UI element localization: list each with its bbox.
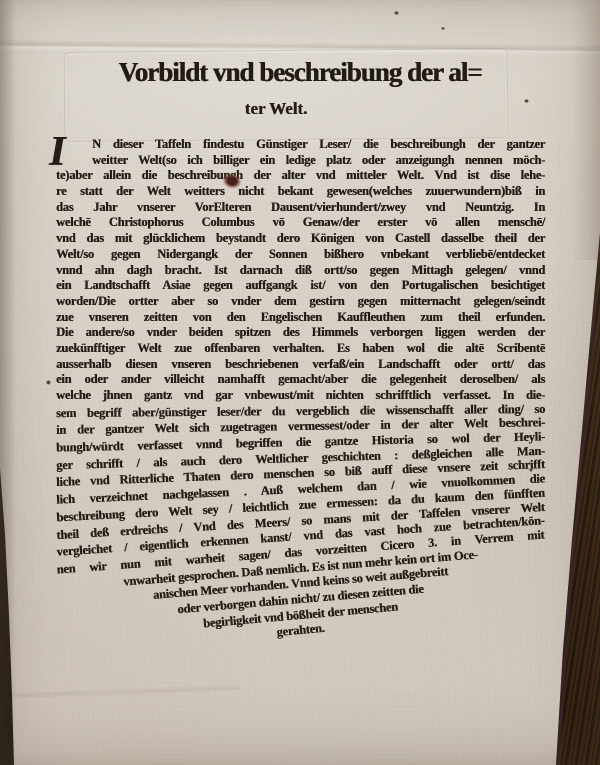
body-text: I N dieser Taffeln findestu Günstiger Le… [56, 137, 545, 639]
text-line: ein oder ander villeicht namhafft gemach… [56, 372, 545, 388]
book-page-photo: Vorbildt vnd beschreibung der al= ter We… [0, 0, 600, 765]
text-line: welchē Christophorus Columbus vō Genaw/d… [56, 215, 545, 231]
paper-speck [441, 27, 445, 30]
text-line: Die andere/so vnder beiden spitzen des H… [56, 325, 545, 341]
text-line: weitter Welt(so ich billiger ein ledige … [56, 153, 545, 169]
drop-cap-initial: I [49, 131, 65, 173]
text-line: N dieser Taffeln findestu Günstiger Lese… [56, 137, 545, 153]
text-line: te)aber allein die beschreibungh der alt… [56, 168, 545, 184]
paper-speck [394, 11, 399, 15]
page-title: Vorbildt vnd beschreibung der al= [0, 57, 600, 88]
text-line: ein Landtschafft Asiae gegen auffgangk i… [56, 278, 545, 294]
paper-speck [529, 468, 533, 472]
page-subtitle: ter Welt. [0, 99, 576, 119]
text-line: Welt/so gegen Nidergangk der Sonnen bißh… [56, 247, 545, 263]
text-line: zue vnseren zeitten von den Engelischen … [56, 310, 545, 326]
text-line: ausserhalb diesen vnseren beschriebenen … [56, 357, 545, 373]
text-line: re statt der Welt weitters nicht bekant … [56, 184, 545, 200]
text-line: worden/Die ortter aber so vnder dem gest… [56, 294, 545, 310]
page-edge-shadow [572, 0, 600, 260]
text-line: das Jahr vnserer VorElteren Dausent/vier… [56, 200, 545, 216]
paper-speck [524, 99, 529, 103]
text-line: vnnd ahn dagh bracht. Ist darnach diß or… [56, 263, 545, 279]
text-line: welche jhnen gantz vnd gar vnbewust/mit … [56, 388, 545, 404]
text-line: vnd das mit glücklichem beystandt dero K… [56, 231, 545, 247]
paper-speck [46, 380, 51, 385]
text-line: zuekünfftiger Welt zue offenbaren verhal… [56, 341, 545, 357]
